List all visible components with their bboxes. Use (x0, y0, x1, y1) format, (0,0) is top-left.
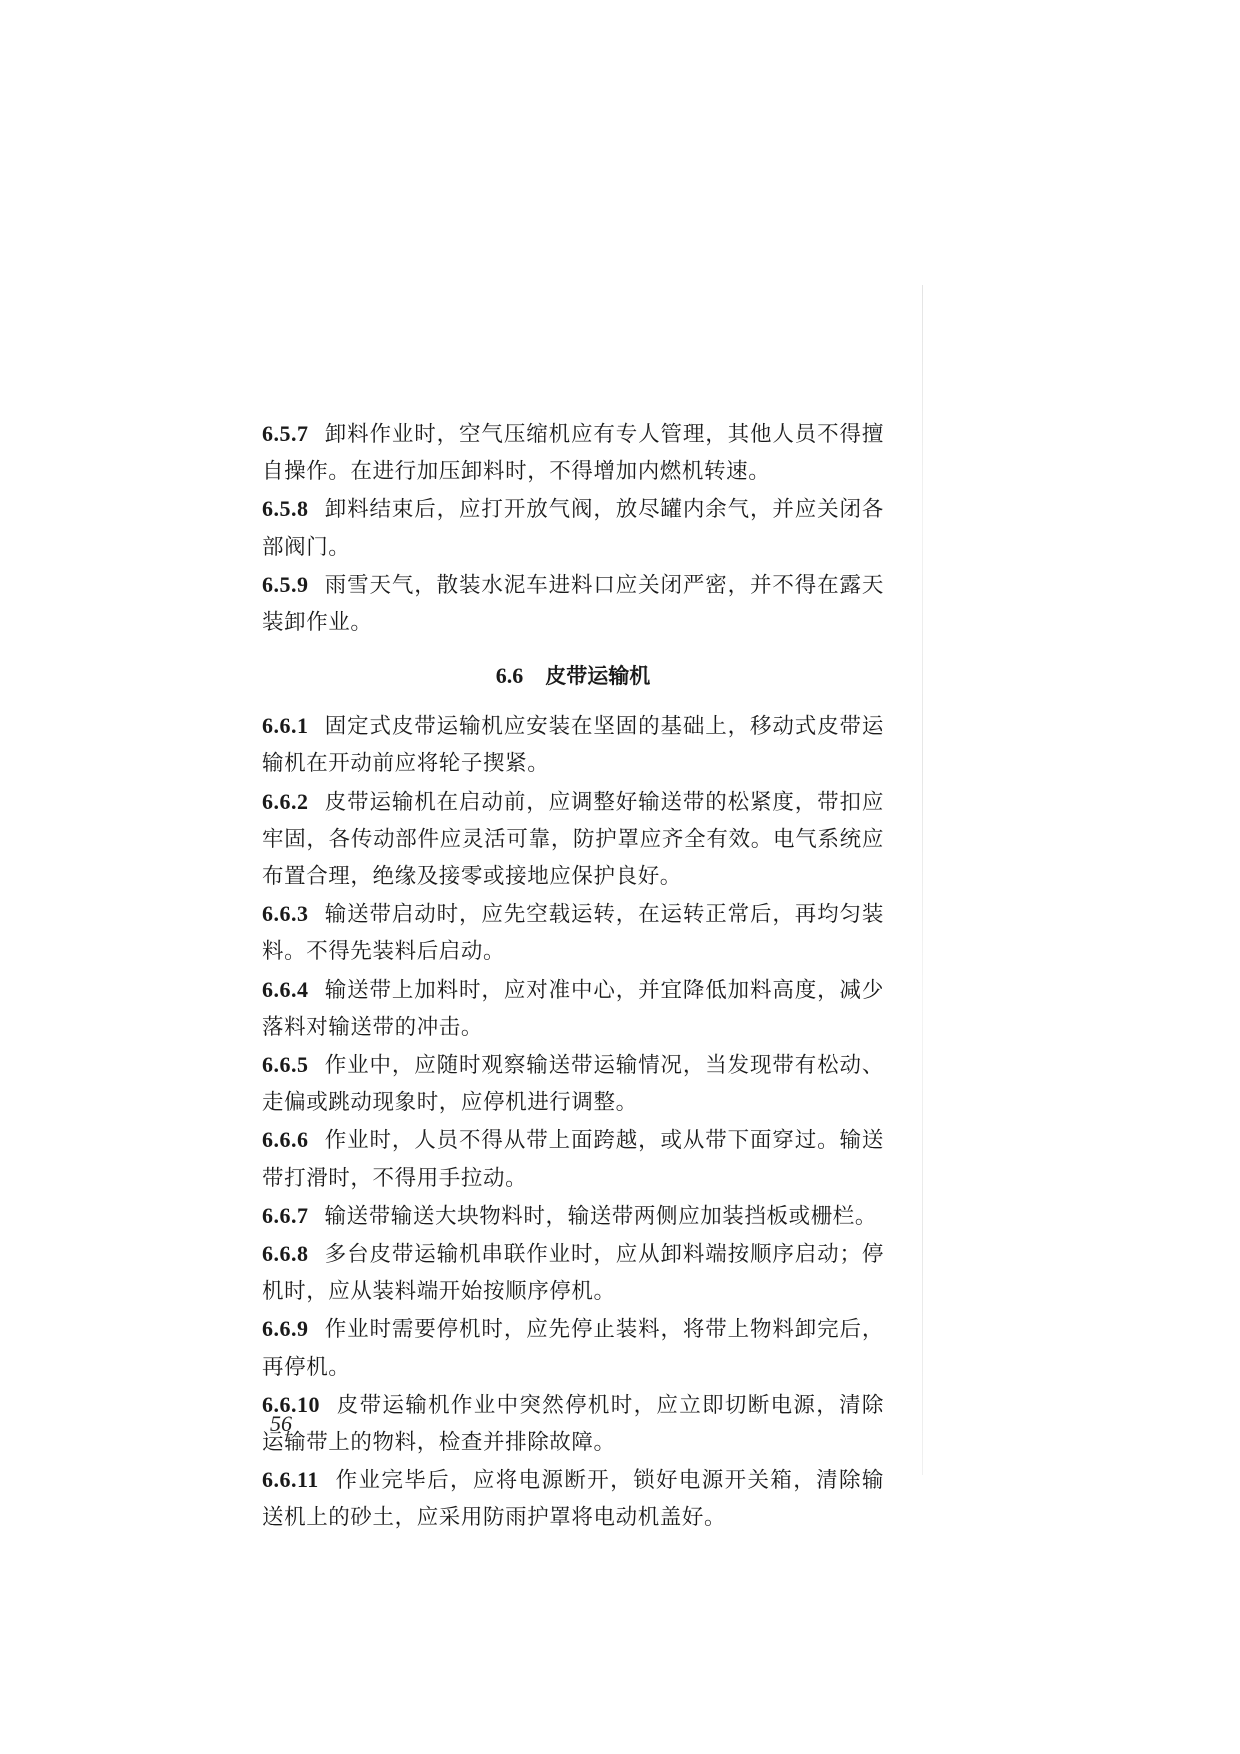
clause-6-5-9: 6.5.9雨雪天气，散装水泥车进料口应关闭严密，并不得在露天装卸作业。 (262, 566, 884, 641)
clause-text: 多台皮带运输机串联作业时，应从卸料端按顺序启动；停机时，应从装料端开始按顺序停机… (262, 1242, 884, 1304)
clause-text: 输送带启动时，应先空载运转，在运转正常后，再均匀装料。不得先装料后启动。 (262, 902, 884, 964)
clause-number: 6.6.2 (262, 789, 309, 814)
clause-text: 作业时需要停机时，应先停止装料，将带上物料卸完后，再停机。 (262, 1317, 884, 1379)
clause-text: 输送带上加料时，应对准中心，并宜降低加料高度，减少落料对输送带的冲击。 (262, 978, 884, 1040)
section-heading: 6.6皮带运输机 (262, 661, 884, 691)
clause-6-5-7: 6.5.7卸料作业时，空气压缩机应有专人管理，其他人员不得擅自操作。在进行加压卸… (262, 415, 884, 490)
clause-6-6-8: 6.6.8多台皮带运输机串联作业时，应从卸料端按顺序启动；停机时，应从装料端开始… (262, 1235, 884, 1310)
clause-text: 作业完毕后，应将电源断开，锁好电源开关箱，清除输送机上的砂土，应采用防雨护罩将电… (262, 1468, 884, 1530)
clause-text: 皮带运输机作业中突然停机时，应立即切断电源，清除运输带上的物料，检查并排除故障。 (262, 1393, 884, 1455)
clause-number: 6.6.1 (262, 713, 309, 738)
clause-number: 6.6.8 (262, 1241, 309, 1266)
document-page: 6.5.7卸料作业时，空气压缩机应有专人管理，其他人员不得擅自操作。在进行加压卸… (262, 415, 884, 1537)
scan-edge-shadow (922, 285, 923, 1475)
clause-6-6-1: 6.6.1固定式皮带运输机应安装在坚固的基础上，移动式皮带运输机在开动前应将轮子… (262, 707, 884, 782)
clause-text: 卸料作业时，空气压缩机应有专人管理，其他人员不得擅自操作。在进行加压卸料时，不得… (262, 422, 884, 484)
clause-6-6-7: 6.6.7输送带输送大块物料时，输送带两侧应加装挡板或栅栏。 (262, 1197, 884, 1235)
clause-6-6-9: 6.6.9作业时需要停机时，应先停止装料，将带上物料卸完后，再停机。 (262, 1310, 884, 1385)
clause-text: 卸料结束后，应打开放气阀，放尽罐内余气，并应关闭各部阀门。 (262, 497, 884, 559)
clause-text: 作业中，应随时观察输送带运输情况，当发现带有松动、走偏或跳动现象时，应停机进行调… (262, 1053, 884, 1115)
clause-number: 6.5.7 (262, 421, 309, 446)
clause-number: 6.5.9 (262, 572, 309, 597)
clause-6-5-8: 6.5.8卸料结束后，应打开放气阀，放尽罐内余气，并应关闭各部阀门。 (262, 490, 884, 565)
section-title: 皮带运输机 (545, 663, 650, 688)
clause-6-6-6: 6.6.6作业时，人员不得从带上面跨越，或从带下面穿过。输送带打滑时，不得用手拉… (262, 1121, 884, 1196)
section-number: 6.6 (496, 663, 524, 688)
clause-number: 6.6.6 (262, 1127, 309, 1152)
clause-number: 6.6.3 (262, 901, 309, 926)
clause-text: 输送带输送大块物料时，输送带两侧应加装挡板或栅栏。 (325, 1204, 878, 1229)
clause-text: 固定式皮带运输机应安装在坚固的基础上，移动式皮带运输机在开动前应将轮子揳紧。 (262, 714, 884, 776)
clause-6-6-11: 6.6.11作业完毕后，应将电源断开，锁好电源开关箱，清除输送机上的砂土，应采用… (262, 1461, 884, 1536)
clause-number: 6.6.9 (262, 1316, 309, 1341)
clause-number: 6.6.7 (262, 1203, 309, 1228)
clause-6-6-2: 6.6.2皮带运输机在启动前，应调整好输送带的松紧度，带扣应牢固，各传动部件应灵… (262, 783, 884, 896)
clause-6-6-3: 6.6.3输送带启动时，应先空载运转，在运转正常后，再均匀装料。不得先装料后启动… (262, 895, 884, 970)
clause-number: 6.6.5 (262, 1052, 309, 1077)
clause-text: 皮带运输机在启动前，应调整好输送带的松紧度，带扣应牢固，各传动部件应灵活可靠，防… (262, 790, 884, 889)
page-number: 56 (270, 1411, 292, 1437)
clause-6-6-5: 6.6.5作业中，应随时观察输送带运输情况，当发现带有松动、走偏或跳动现象时，应… (262, 1046, 884, 1121)
clause-number: 6.6.11 (262, 1467, 319, 1492)
clause-text: 作业时，人员不得从带上面跨越，或从带下面穿过。输送带打滑时，不得用手拉动。 (262, 1128, 884, 1190)
clause-text: 雨雪天气，散装水泥车进料口应关闭严密，并不得在露天装卸作业。 (262, 573, 884, 635)
clause-number: 6.6.4 (262, 977, 309, 1002)
clause-number: 6.5.8 (262, 496, 309, 521)
clause-6-6-10: 6.6.10皮带运输机作业中突然停机时，应立即切断电源，清除运输带上的物料，检查… (262, 1386, 884, 1461)
clause-6-6-4: 6.6.4输送带上加料时，应对准中心，并宜降低加料高度，减少落料对输送带的冲击。 (262, 971, 884, 1046)
